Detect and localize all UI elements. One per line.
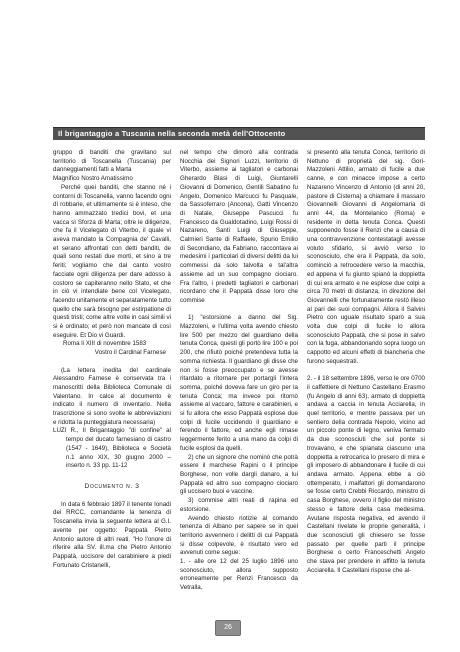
letter-signature: Vostro il Cardinal Farnese — [53, 349, 171, 358]
text-columns: gruppo di banditi che gravitano sul terr… — [53, 149, 425, 593]
section-header-bar: Il brigantaggio a Tuscania nella seconda… — [53, 127, 425, 140]
page-number: 26 — [224, 624, 232, 631]
case-1-paragraph: 1. - alle ore 12 del 25 luglio 1896 uno … — [180, 558, 298, 593]
crime-item-1: 1) "estorsione a danno del Sig. Mazzolen… — [180, 314, 298, 453]
letter-dateline: Roma li XIII di novembre 1583 — [53, 340, 171, 349]
archival-note: (La lettera inedita del cardinale Alessa… — [53, 367, 171, 428]
column-1: gruppo di banditi che gravitano sul terr… — [53, 149, 171, 593]
crime-item-3: 3) commise altri reati di rapina ed esto… — [180, 497, 298, 514]
document-3-intro: In data 6 febbraio 1897 il tenente Ionad… — [53, 501, 171, 571]
column-3: si presentò alla tenuta Conca, territori… — [307, 149, 425, 593]
verification-paragraph: Avendo chiesto notizie al comando tenenz… — [180, 515, 298, 559]
bibliographic-citation: LUZI R., Il Brigantaggio "di confine" al… — [53, 427, 171, 471]
letter-salutation: Magnifico Nostro Amatissimo — [53, 175, 171, 184]
document-page: Il brigantaggio a Tuscania nella seconda… — [0, 0, 460, 652]
intro-paragraph: gruppo di banditi che gravitano sul terr… — [53, 149, 171, 175]
case-1-continuation: si presentò alla tenuta Conca, territori… — [307, 149, 425, 367]
continuation-paragraph: nel tempo che dimorò alla contrada Nocch… — [180, 149, 298, 306]
letter-body: Perché quei banditi, che stanno né i con… — [53, 184, 171, 341]
page-number-badge: 26 — [215, 620, 241, 636]
column-2: nel tempo che dimorò alla contrada Nocch… — [180, 149, 298, 593]
crime-item-2: 2) che un signore che nominò che potrà e… — [180, 454, 298, 498]
document-heading: Documento n. 3 — [53, 483, 171, 492]
section-title: Il brigantaggio a Tuscania nella seconda… — [58, 129, 285, 138]
case-2-paragraph: 2. - il 18 settembre 1896, verso le ore … — [307, 375, 425, 575]
